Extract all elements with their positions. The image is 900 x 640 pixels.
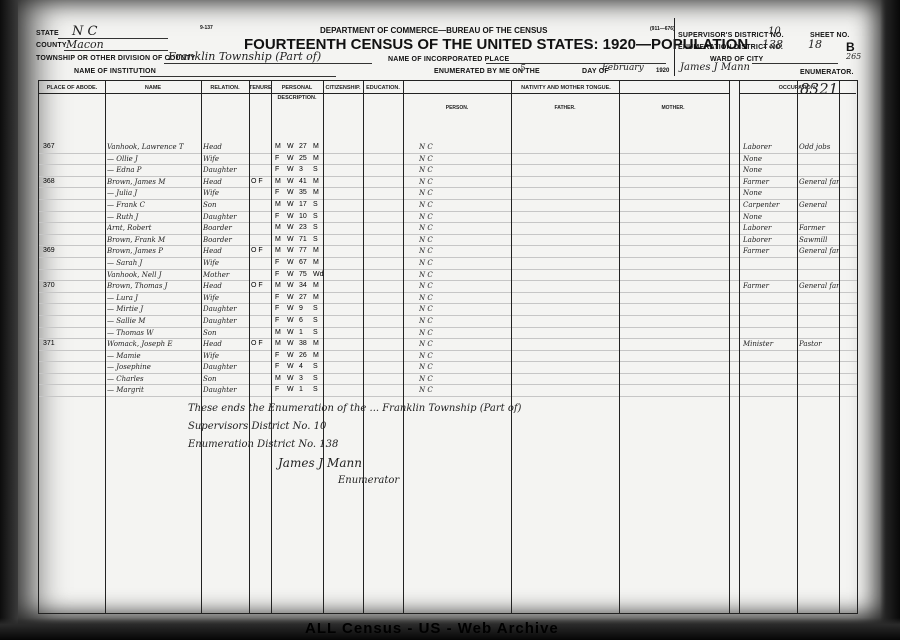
subcol-person: PERSON. bbox=[403, 105, 511, 111]
closing-line-2: Supervisors District No. 10 bbox=[188, 418, 808, 436]
table-row: — Frank CSonMW17SN CCarpenterGeneral bbox=[39, 200, 857, 212]
closing-signature-title: Enumerator bbox=[188, 472, 808, 490]
table-row: — Ruth JDaughterFW10SN CNone bbox=[39, 212, 857, 224]
table-row: — Edna PDaughterFW3SN CNone bbox=[39, 165, 857, 177]
col-relation: RELATION. bbox=[201, 81, 250, 141]
header-divider bbox=[674, 18, 675, 76]
incorporated-label: NAME OF INCORPORATED PLACE bbox=[388, 56, 509, 63]
subcol-mother: MOTHER. bbox=[619, 105, 727, 111]
ed-value: 138 bbox=[762, 38, 783, 51]
closing-signature: James J Mann bbox=[188, 454, 808, 472]
rule bbox=[839, 81, 840, 613]
state-label: STATE bbox=[36, 30, 59, 37]
census-title: FOURTEENTH CENSUS OF THE UNITED STATES: … bbox=[244, 36, 748, 53]
table-row: — Ollie JWifeFW25MN CNone bbox=[39, 154, 857, 166]
rule bbox=[403, 81, 404, 613]
col-citizenship: CITIZENSHIP. bbox=[323, 81, 364, 141]
rule bbox=[271, 81, 272, 613]
form-number: 9-137 bbox=[200, 25, 213, 31]
col-education: EDUCATION. bbox=[363, 81, 404, 141]
ward-label: WARD OF CITY bbox=[710, 56, 763, 63]
rule bbox=[323, 81, 324, 613]
col-name: NAME bbox=[105, 81, 202, 141]
rule bbox=[201, 81, 202, 613]
table-row: — Lura JWifeFW27MN C bbox=[39, 293, 857, 305]
department-title: DEPARTMENT OF COMMERCE—BUREAU OF THE CEN… bbox=[320, 26, 547, 35]
watermark: ALL Census - US - Web Archive bbox=[305, 620, 559, 637]
year: 1920 bbox=[656, 68, 669, 74]
census-table: PLACE OF ABODE. NAME RELATION. TENURE. P… bbox=[38, 80, 858, 614]
rule bbox=[797, 81, 798, 613]
col-place-of-abode: PLACE OF ABODE. bbox=[39, 81, 106, 141]
table-row: 368Brown, James MHeadO FMW41MN CFarmerGe… bbox=[39, 177, 857, 189]
township-line bbox=[164, 63, 372, 64]
col-tenure: TENURE. bbox=[249, 81, 272, 141]
table-row: — Thomas WSonMW1SN C bbox=[39, 328, 857, 340]
table-row: 370Brown, Thomas JHeadO FMW34MN CFarmerG… bbox=[39, 281, 857, 293]
rule bbox=[511, 81, 512, 613]
rule bbox=[739, 81, 740, 613]
institution-line bbox=[140, 76, 336, 77]
stamp-number: 265 bbox=[846, 52, 861, 61]
table-row: Arnt, RobertBoarderMW23SN CLaborerFarmer bbox=[39, 223, 857, 235]
county-line bbox=[64, 50, 168, 51]
sheet-value: 18 bbox=[808, 38, 822, 51]
subcol-father: FATHER. bbox=[511, 105, 619, 111]
enumerated-month: February bbox=[602, 63, 644, 73]
ward-line bbox=[752, 63, 838, 64]
closing-line-3: Enumeration District No. 138 bbox=[188, 436, 808, 454]
table-row: Vanhook, Nell JMotherFW75WdN C bbox=[39, 270, 857, 282]
table-row: — Mirtie JDaughterFW9SN C bbox=[39, 304, 857, 316]
col-nativity: NATIVITY AND MOTHER TONGUE. PERSON. FATH… bbox=[403, 81, 730, 141]
state-value: N C bbox=[72, 24, 97, 39]
rule bbox=[249, 81, 250, 613]
table-row: — Sarah JWifeFW67MN C bbox=[39, 258, 857, 270]
enumerator-label: ENUMERATOR. bbox=[800, 69, 854, 76]
table-row: Brown, Frank MBoarderMW71SN CLaborerSawm… bbox=[39, 235, 857, 247]
enumerator-name: James J Mann bbox=[680, 62, 750, 73]
table-row: — Julia JWifeFW35MN CNone bbox=[39, 188, 857, 200]
table-row: — MargritDaughterFW1SN C bbox=[39, 385, 857, 397]
table-row: — MamieWifeFW26MN C bbox=[39, 351, 857, 363]
rule bbox=[363, 81, 364, 613]
table-row: — Sallie MDaughterFW6SN C bbox=[39, 316, 857, 328]
rule bbox=[105, 81, 106, 613]
scan-edge-right bbox=[880, 0, 900, 640]
rule bbox=[619, 81, 620, 613]
supervisor-value: 10 bbox=[768, 26, 781, 37]
county-label: COUNTY bbox=[36, 42, 67, 49]
approval-number: (911—676) bbox=[650, 26, 675, 32]
census-rows: 367Vanhook, Lawrence THeadMW27MN CLabore… bbox=[39, 142, 857, 397]
institution-label: NAME OF INSTITUTION bbox=[74, 68, 156, 75]
rule bbox=[729, 81, 730, 613]
table-row: — CharlesSonMW3SN C bbox=[39, 374, 857, 386]
table-row: 367Vanhook, Lawrence THeadMW27MN CLabore… bbox=[39, 142, 857, 154]
closing-statement: These ends the Enumeration of the ... Fr… bbox=[188, 400, 808, 490]
table-row: 371Womack, Joseph EHeadO FMW38MN CMinist… bbox=[39, 339, 857, 351]
closing-line-1: These ends the Enumeration of the ... Fr… bbox=[188, 400, 808, 418]
table-row: 369Brown, James PHeadO FMW77MN CFarmerGe… bbox=[39, 246, 857, 258]
table-row: — JosephineDaughterFW4SN C bbox=[39, 362, 857, 374]
enumerated-day: 5 bbox=[520, 64, 526, 74]
col-personal-description: PERSONAL DESCRIPTION. bbox=[271, 81, 324, 141]
